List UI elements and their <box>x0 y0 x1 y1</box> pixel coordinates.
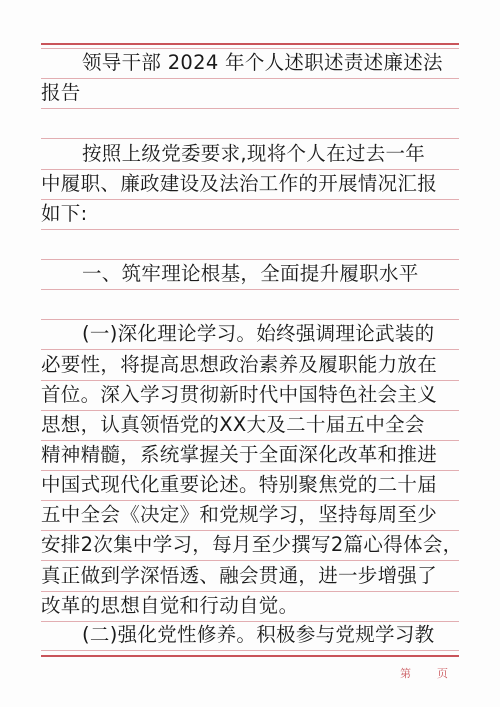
line-text: 改革的思想自觉和行动自觉。 <box>41 591 298 621</box>
text-line: 如下: <box>41 199 459 229</box>
text-line: 五中全会《决定》和党规学习，坚持每周至少 <box>41 500 459 530</box>
line-text: 必要性，将提高思想政治素养及履职能力放在 <box>41 350 437 380</box>
text-line: 中履职、廉政建设及法治工作的开展情况汇报 <box>41 169 459 199</box>
text-line: 按照上级党委要求,现将个人在过去一年 <box>41 138 459 168</box>
text-line: 安排2次集中学习，每月至少撰写2篇心得体会， <box>41 530 459 560</box>
bottom-red-rule <box>41 655 459 657</box>
text-line <box>41 289 459 319</box>
line-text: 中履职、廉政建设及法治工作的开展情况汇报 <box>41 169 437 199</box>
text-line: 领导干部 2024 年个人述职述责述廉述法 <box>41 48 459 78</box>
text-line: 一、筑牢理论根基，全面提升履职水平 <box>41 259 459 289</box>
line-text: (二)强化党性修养。积极参与党规学习教 <box>82 620 434 650</box>
text-line: 真正做到学深悟透、融会贯通，进一步增强了 <box>41 560 459 590</box>
line-text: 真正做到学深悟透、融会贯通，进一步增强了 <box>41 561 437 591</box>
text-line: 精神精髓，系统掌握关于全面深化改革和推进 <box>41 440 459 470</box>
text-line <box>41 108 459 138</box>
text-lines: 领导干部 2024 年个人述职述责述廉述法报告按照上级党委要求,现将个人在过去一… <box>41 48 459 651</box>
line-text: 安排2次集中学习，每月至少撰写2篇心得体会， <box>41 530 462 560</box>
text-line: 必要性，将提高思想政治素养及履职能力放在 <box>41 349 459 379</box>
page-label-di: 第 <box>400 665 411 681</box>
text-line: 首位。深入学习贯彻新时代中国特色社会主义 <box>41 380 459 410</box>
text-line <box>41 229 459 259</box>
line-text: 思想，认真领悟党的XX大及二十届五中全会 <box>41 410 425 440</box>
lined-paper-page: 领导干部 2024 年个人述职述责述廉述法报告按照上级党委要求,现将个人在过去一… <box>41 0 459 707</box>
text-line: 改革的思想自觉和行动自觉。 <box>41 591 459 621</box>
text-line: (二)强化党性修养。积极参与党规学习教 <box>41 621 459 651</box>
line-text: 中国式现代化重要论述。特别聚焦党的二十届 <box>41 470 437 500</box>
page-label-ye: 页 <box>437 665 448 681</box>
line-text: 一、筑牢理论根基，全面提升履职水平 <box>82 259 419 289</box>
top-red-rule <box>41 43 459 45</box>
line-text: 报告 <box>41 78 81 108</box>
line-text: 首位。深入学习贯彻新时代中国特色社会主义 <box>41 380 437 410</box>
line-text: (一)深化理论学习。始终强调理论武装的 <box>82 319 434 349</box>
text-line: 思想，认真领悟党的XX大及二十届五中全会 <box>41 410 459 440</box>
line-text: 精神精髓，系统掌握关于全面深化改革和推进 <box>41 440 437 470</box>
line-text: 五中全会《决定》和党规学习，坚持每周至少 <box>41 500 437 530</box>
text-line: 中国式现代化重要论述。特别聚焦党的二十届 <box>41 470 459 500</box>
line-text: 按照上级党委要求,现将个人在过去一年 <box>82 139 425 169</box>
text-line: (一)深化理论学习。始终强调理论武装的 <box>41 319 459 349</box>
line-text: 领导干部 2024 年个人述职述责述廉述法 <box>82 48 443 78</box>
text-line: 报告 <box>41 78 459 108</box>
line-text: 如下: <box>41 199 87 229</box>
